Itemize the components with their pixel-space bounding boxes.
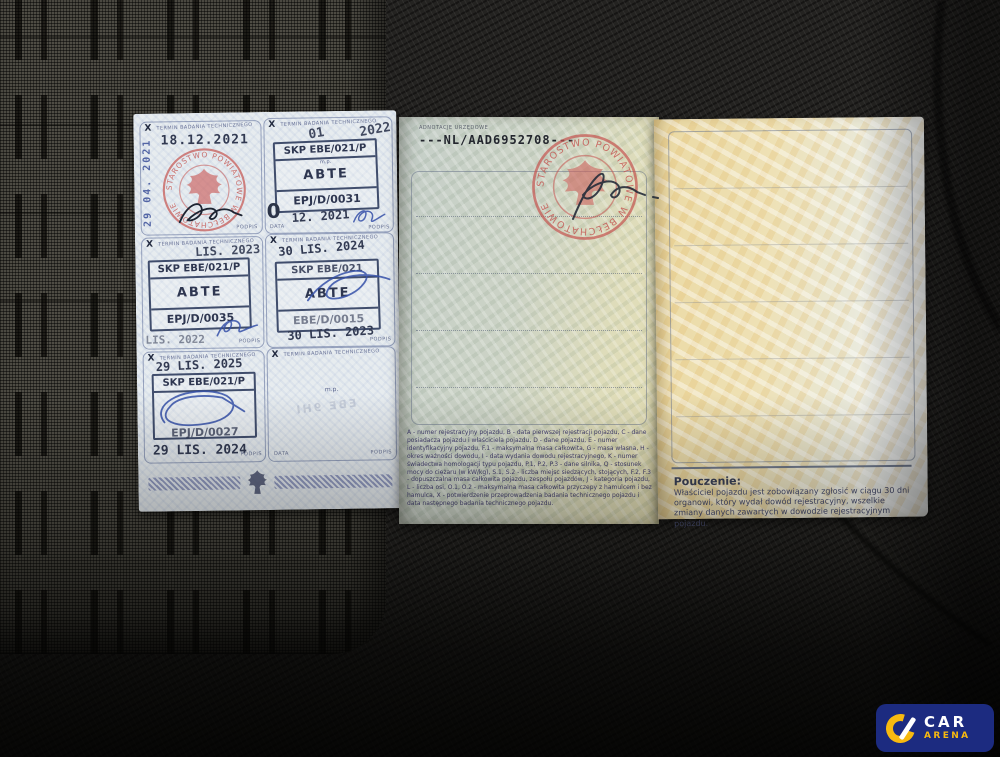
inspection-cell-3: X TERMIN BADANIA TECHNICZNEGO LIS. 2023 …: [141, 236, 265, 350]
inspection-cell-4: X TERMIN BADANIA TECHNICZNEGO 30 LIS. 20…: [265, 232, 396, 348]
logo-text-car: CAR: [924, 715, 971, 730]
logo-text-arena: ARENA: [924, 732, 971, 741]
podpis-label: PODPIS: [368, 224, 390, 230]
ruled-line: [674, 243, 908, 246]
x-mark: X: [144, 125, 151, 134]
epj-line: EPJ/D/0031: [277, 188, 378, 211]
adnotacje-label: ADNOTACJE URZĘDOWE: [419, 125, 488, 131]
date-stamp: 18.12.2021: [161, 132, 249, 148]
data-label: DATA: [270, 224, 285, 230]
inspection-cell-1: X TERMIN BADANIA TECHNICZNEGO 18.12.2021…: [139, 120, 263, 236]
date-stamp-bottom: 29 LIS. 2024: [153, 442, 247, 458]
cell-header: TERMIN BADANIA TECHNICZNEGO: [156, 122, 252, 132]
abte-line: ABTE: [150, 276, 249, 308]
inspection-cell-2: X TERMIN BADANIA TECHNICZNEGO 01 2022 SK…: [263, 116, 394, 234]
x-mark: X: [268, 121, 275, 130]
show-through-ghost-text: EBE 9HI: [294, 397, 357, 417]
ruled-line: [675, 357, 909, 360]
photo-of-registration-document: X TERMIN BADANIA TECHNICZNEGO 18.12.2021…: [0, 0, 1000, 757]
vertical-date-stamp: 29 04. 2021: [142, 139, 154, 227]
overprint-zero: 0: [266, 199, 280, 223]
ruled-line: [416, 273, 642, 274]
car-arena-logo-icon: [886, 713, 916, 743]
right-page-pouczenie: Pouczenie: Właściciel pojazdu jest zobow…: [654, 117, 928, 520]
round-office-stamp: STAROSTWO POWIATOWE W BEŁCHATOWIE: [157, 145, 252, 234]
x-mark: X: [148, 355, 155, 364]
epj-line: EPJ/D/0035: [151, 307, 250, 329]
pouczenie-text: Właściciel pojazdu jest zobowiązany zgło…: [674, 486, 912, 529]
inspection-cell-5: X TERMIN BADANIA TECHNICZNEGO 29 LIS. 20…: [143, 350, 267, 464]
podpis-label: PODPIS: [370, 336, 392, 342]
pouczenie-title: Pouczenie:: [674, 475, 741, 489]
skp-stamp-box: SKP EBE/021/P EPJ/D/0027: [152, 372, 257, 440]
podpis-label: PODPIS: [370, 449, 392, 455]
abte-line: ABTE: [277, 278, 378, 310]
data-label: DATA: [274, 451, 289, 457]
date-stamp-bottom: LIS. 2022: [145, 333, 205, 347]
ruled-line: [674, 186, 908, 189]
ruled-line: [416, 330, 642, 331]
date-stamp: LIS. 2023: [195, 242, 261, 259]
ruled-line: [675, 300, 909, 303]
date-stamp-bottom: 12. 2021: [291, 207, 350, 225]
x-mark: X: [146, 241, 153, 250]
skp-stamp-box: SKP EBE/021 ABTE EBE/D/0015: [275, 259, 381, 333]
left-page-inspection-stamps: X TERMIN BADANIA TECHNICZNEGO 18.12.2021…: [133, 110, 402, 512]
cell-header: TERMIN BADANIA TECHNICZNEGO: [283, 348, 379, 358]
mp-label: m.p.: [268, 385, 395, 394]
guilloche-band: [148, 476, 240, 490]
ruled-line: [676, 414, 910, 417]
annotations-box: [411, 171, 647, 425]
ruled-line: [416, 216, 642, 217]
podpis-label: PODPIS: [240, 451, 262, 457]
guilloche-band: [274, 474, 392, 489]
ruled-line: [416, 387, 642, 388]
skp-stamp-box: SKP EBE/021/P m.p. ABTE EPJ/D/0031: [273, 138, 380, 213]
notes-box: [668, 129, 915, 464]
field-legend-text: A - numer rejestracyjny pojazdu, B - dat…: [407, 429, 653, 508]
inspection-cell-6: X TERMIN BADANIA TECHNICZNEGO m.p. EBE 9…: [267, 346, 398, 462]
x-mark: X: [272, 351, 279, 360]
svg-text:STAROSTWO POWIATOWE W BEŁCHATO: STAROSTWO POWIATOWE W BEŁCHATOWIE: [164, 150, 244, 230]
car-arena-watermark: CAR ARENA: [876, 704, 994, 752]
document-number: ---NL/AAD6952708---: [419, 133, 575, 147]
x-mark: X: [270, 237, 277, 246]
divider-line: [672, 465, 912, 470]
skp-line: SKP EBE/021: [277, 261, 377, 279]
epj-line: EPJ/D/0027: [154, 391, 255, 443]
eagle-emblem: [244, 468, 270, 498]
podpis-label: PODPIS: [236, 224, 258, 230]
middle-page-annotations: ADNOTACJE URZĘDOWE ---NL/AAD6952708--- S…: [399, 117, 659, 524]
skp-stamp-box: SKP EBE/021/P ABTE EPJ/D/0035: [148, 257, 252, 331]
podpis-label: PODPIS: [239, 338, 261, 344]
logo-c-shape: [881, 709, 920, 748]
